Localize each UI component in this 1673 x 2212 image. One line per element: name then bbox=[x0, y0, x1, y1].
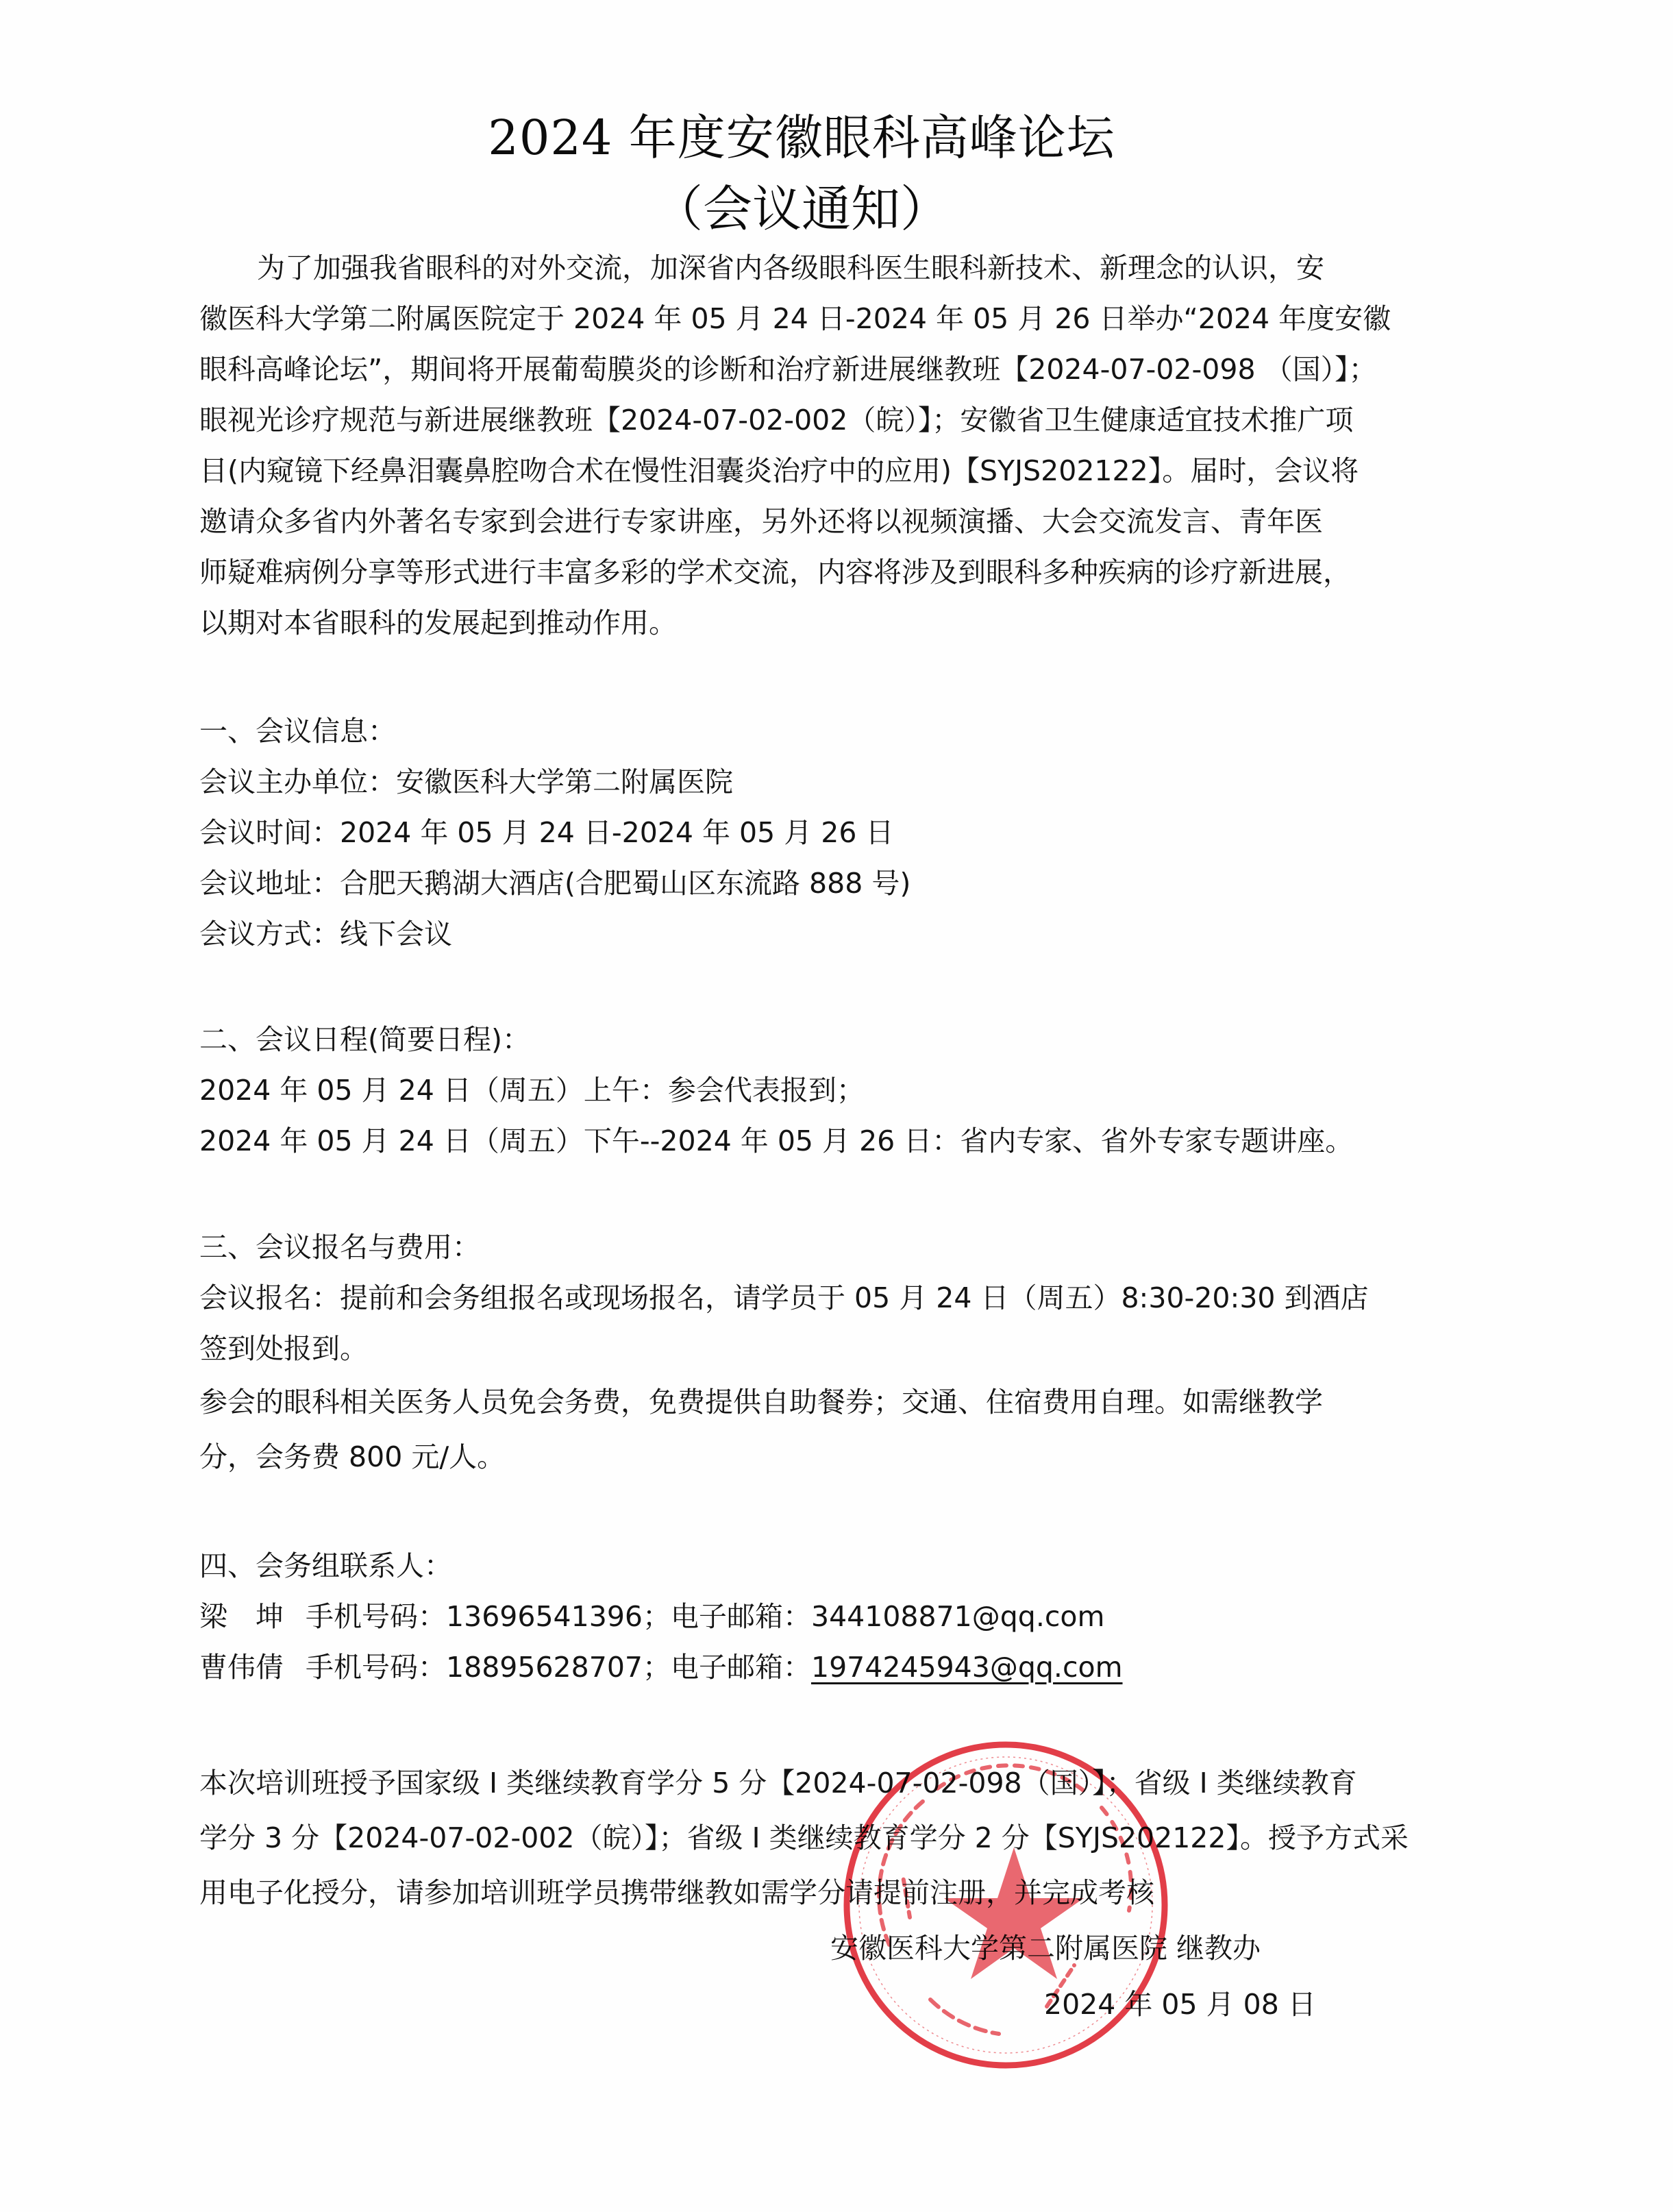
credits-line: 学分 3 分【2024-07-02-002（皖）】；省级 I 类继续教育学分 2… bbox=[199, 1810, 1412, 1865]
contact-email-link[interactable]: 1974245943@qq.com bbox=[811, 1651, 1123, 1684]
intro-line: 邀请众多省内外著名专家到会进行专家讲座，另外还将以视频演播、大会交流发言、青年医 bbox=[199, 496, 1412, 547]
intro-line: 师疑难病例分享等形式进行丰富多彩的学术交流，内容将涉及到眼科多种疾病的诊疗新进展… bbox=[199, 547, 1412, 598]
schedule-item: 2024 年 05 月 24 日（周五）上午：参会代表报到； bbox=[199, 1065, 1412, 1116]
intro-line: 目(内窥镜下经鼻泪囊鼻腔吻合术在慢性泪囊炎治疗中的应用)【SYJS202122】… bbox=[199, 445, 1412, 496]
registration-line: 签到处报到。 bbox=[199, 1323, 1412, 1374]
section-contacts: 四、会务组联系人： 梁 坤 手机号码：13696541396；电子邮箱：3441… bbox=[199, 1540, 1412, 1693]
fee-line: 参会的眼科相关医务人员免会务费，免费提供自助餐券；交通、住宿费用自理。如需继教学 bbox=[199, 1377, 1412, 1427]
intro-line: 以期对本省眼科的发展起到推动作用。 bbox=[199, 598, 1412, 648]
contact-row: 曹伟倩 手机号码：18895628707；电子邮箱：1974245943@qq.… bbox=[199, 1642, 1412, 1693]
info-host: 会议主办单位：安徽医科大学第二附属医院 bbox=[199, 757, 1412, 807]
section-header: 四、会务组联系人： bbox=[199, 1540, 1412, 1591]
info-time: 会议时间：2024 年 05 月 24 日-2024 年 05 月 26 日 bbox=[199, 807, 1412, 858]
notice-page: 2024 年度安徽眼科高峰论坛 （会议通知） 为了加强我省眼科的对外交流，加深省… bbox=[0, 0, 1673, 2212]
contact-phone[interactable]: 18895628707 bbox=[446, 1651, 643, 1684]
issuer-signature: 安徽医科大学第二附属医院 继教办 bbox=[830, 1923, 1261, 1974]
credits-paragraph: 本次培训班授予国家级 I 类继续教育学分 5 分【2024-07-02-098（… bbox=[199, 1756, 1412, 1920]
info-address: 会议地址：合肥天鹅湖大酒店(合肥蜀山区东流路 888 号) bbox=[199, 858, 1412, 909]
contact-name: 梁 坤 bbox=[199, 1591, 297, 1642]
section-header: 一、会议信息： bbox=[199, 706, 1412, 757]
email-label: ；电子邮箱： bbox=[643, 1651, 811, 1684]
schedule-item: 2024 年 05 月 24 日（周五）下午--2024 年 05 月 26 日… bbox=[199, 1116, 1412, 1166]
contact-phone[interactable]: 13696541396 bbox=[446, 1600, 643, 1633]
intro-line: 徽医科大学第二附属医院定于 2024 年 05 月 24 日-2024 年 05… bbox=[199, 293, 1412, 344]
info-mode: 会议方式：线下会议 bbox=[199, 909, 1412, 959]
email-label: ；电子邮箱： bbox=[643, 1600, 811, 1633]
section-schedule: 二、会议日程(简要日程)： 2024 年 05 月 24 日（周五）上午：参会代… bbox=[199, 1014, 1412, 1166]
section-header: 三、会议报名与费用： bbox=[199, 1222, 1412, 1273]
issue-date: 2024 年 05 月 08 日 bbox=[1044, 1979, 1316, 2030]
section-meeting-info: 一、会议信息： 会议主办单位：安徽医科大学第二附属医院 会议时间：2024 年 … bbox=[199, 706, 1412, 959]
registration-line: 会议报名：提前和会务组报名或现场报名，请学员于 05 月 24 日（周五）8:3… bbox=[199, 1273, 1412, 1323]
intro-line: 眼视光诊疗规范与新进展继教班【2024-07-02-002（皖）】；安徽省卫生健… bbox=[199, 395, 1412, 445]
credits-line: 用电子化授分，请参加培训班学员携带继教如需学分请提前注册，并完成考核 bbox=[199, 1865, 1412, 1920]
document-title: 2024 年度安徽眼科高峰论坛 bbox=[0, 103, 1603, 172]
contact-row: 梁 坤 手机号码：13696541396；电子邮箱：344108871@qq.c… bbox=[199, 1591, 1412, 1642]
section-registration: 三、会议报名与费用： 会议报名：提前和会务组报名或现场报名，请学员于 05 月 … bbox=[199, 1222, 1412, 1482]
intro-line: 为了加强我省眼科的对外交流，加深省内各级眼科医生眼科新技术、新理念的认识，安 bbox=[199, 243, 1412, 293]
section-header: 二、会议日程(简要日程)： bbox=[199, 1014, 1412, 1065]
phone-label: 手机号码： bbox=[306, 1651, 446, 1684]
fee-line: 分，会务费 800 元/人。 bbox=[199, 1431, 1412, 1482]
contact-email[interactable]: 344108871@qq.com bbox=[811, 1600, 1104, 1633]
phone-label: 手机号码： bbox=[306, 1600, 446, 1633]
intro-paragraph: 为了加强我省眼科的对外交流，加深省内各级眼科医生眼科新技术、新理念的认识，安 徽… bbox=[199, 243, 1412, 648]
document-subtitle: （会议通知） bbox=[0, 171, 1603, 247]
credits-line: 本次培训班授予国家级 I 类继续教育学分 5 分【2024-07-02-098（… bbox=[199, 1756, 1412, 1810]
intro-line: 眼科高峰论坛”，期间将开展葡萄膜炎的诊断和治疗新进展继教班【2024-07-02… bbox=[199, 344, 1412, 395]
contact-name: 曹伟倩 bbox=[199, 1642, 297, 1693]
